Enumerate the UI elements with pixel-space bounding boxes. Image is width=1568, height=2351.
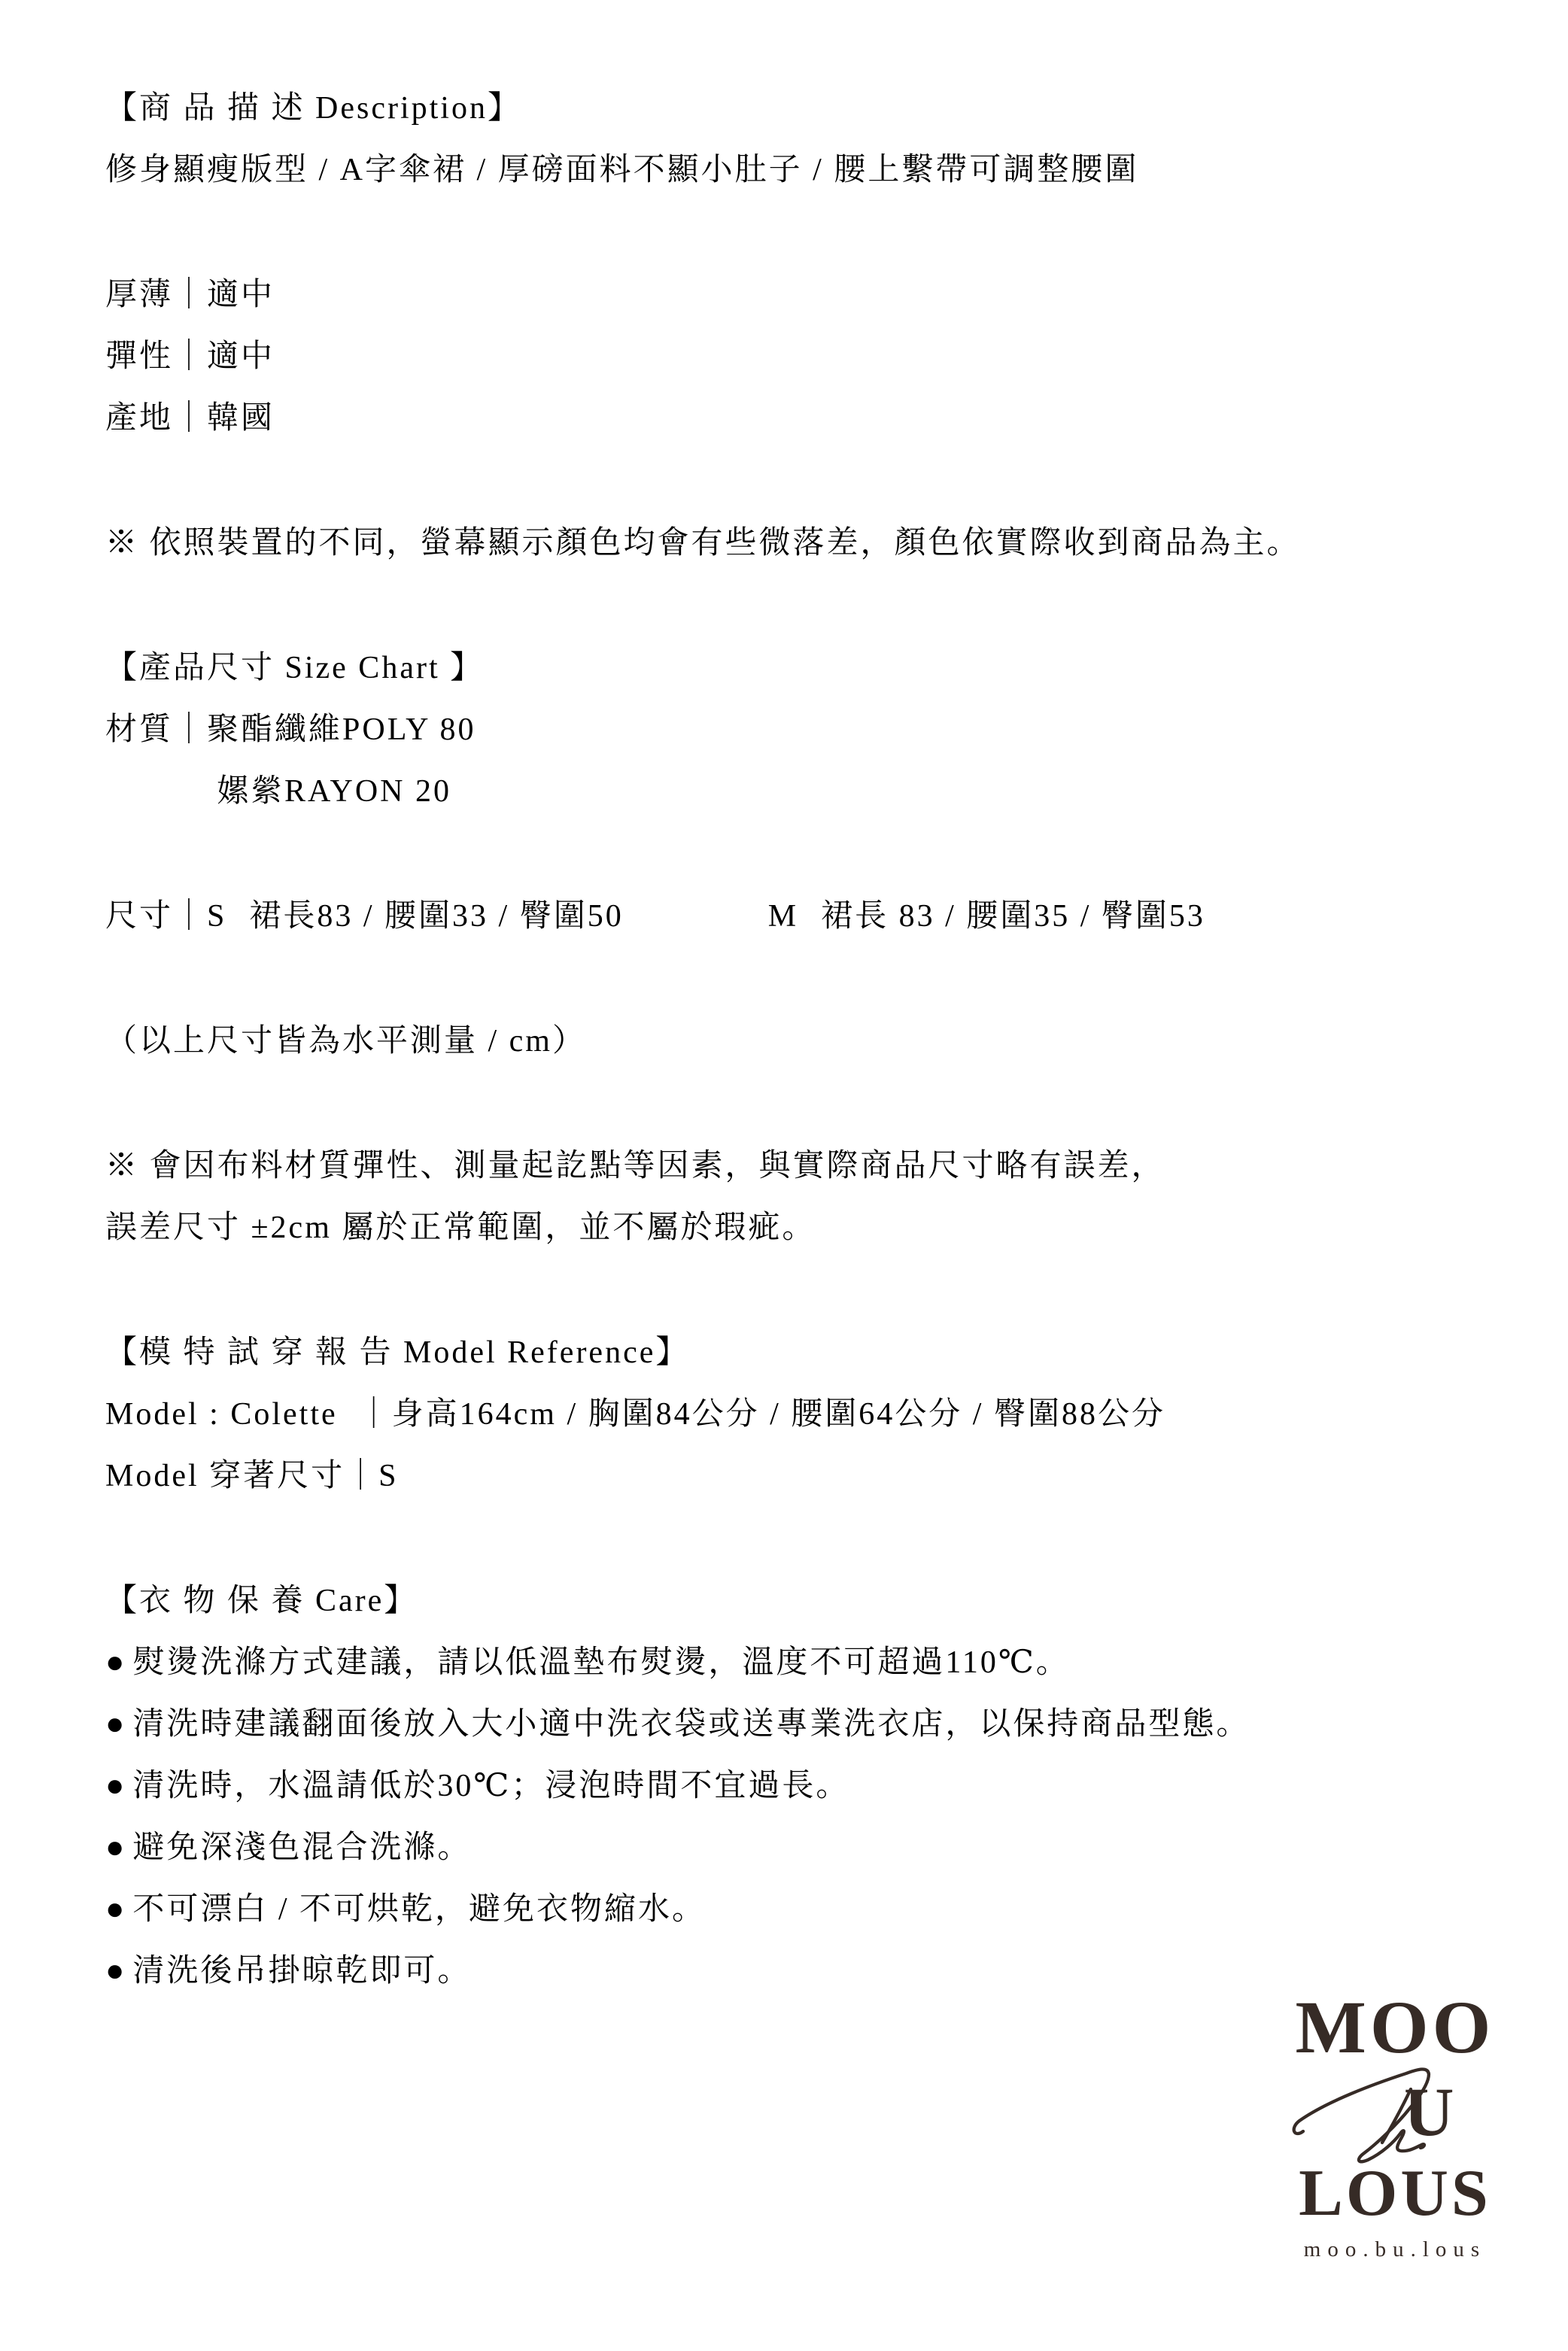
care-text: 不可漂白 / 不可烘乾，避免衣物縮水。 [132, 1892, 706, 1927]
size-item: S裙長83 / 腰圍33 / 臀圍50 [207, 899, 624, 934]
measurement-note-block: （以上尺寸皆為水平測量 / cm） [105, 1025, 1568, 1057]
tolerance-note-line: 誤差尺寸 ±2cm 屬於正常範圍，並不屬於瑕疵。 [105, 1212, 1568, 1244]
spec-label: 產地 [105, 401, 173, 436]
logo-u-text: U [1404, 2081, 1454, 2143]
logo-lous-text: LOUS [1293, 2161, 1497, 2227]
logo-subtext: moo.bu.lous [1293, 2239, 1497, 2261]
care-list: ●熨燙洗滌方式建議，請以低溫墊布熨燙，溫度不可超過110℃。 ●清洗時建議翻面後… [105, 1647, 1568, 1987]
care-text: 避免深淺色混合洗滌。 [132, 1830, 471, 1865]
care-item: ●清洗後吊掛晾乾即可。 [105, 1955, 1568, 1987]
size-detail: 裙長83 / 腰圍33 / 臀圍50 [249, 899, 623, 934]
spec-label: 彈性 [105, 339, 173, 374]
care-item: ●清洗時，水溫請低於30℃；浸泡時間不宜過長。 [105, 1770, 1568, 1802]
care-text: 清洗時，水溫請低於30℃；浸泡時間不宜過長。 [132, 1769, 849, 1803]
care-bullet-icon: ● [105, 1707, 126, 1742]
color-note-block: ※ 依照裝置的不同，螢幕顯示顏色均會有些微落差，顏色依實際收到商品為主。 [105, 527, 1568, 559]
care-item: ●不可漂白 / 不可烘乾，避免衣物縮水。 [105, 1894, 1568, 1925]
care-bullet-icon: ● [105, 1769, 126, 1803]
spec-value: 適中 [207, 278, 275, 312]
material-composition-2: 嫘縈RAYON 20 [217, 776, 1568, 807]
spec-separator: ｜ [173, 339, 207, 374]
size-name: M [768, 899, 798, 934]
material-composition-1: 聚酯纖維POLY 80 [207, 712, 476, 747]
care-bullet-icon: ● [105, 1892, 126, 1927]
tolerance-note-line: ※ 會因布料材質彈性、測量起訖點等因素，與實際商品尺寸略有誤差， [105, 1150, 1568, 1182]
color-difference-note: ※ 依照裝置的不同，螢幕顯示顏色均會有些微落差，顏色依實際收到商品為主。 [105, 527, 1568, 559]
section-description: 【商 品 描 述 Description】 修身顯瘦版型 / A字傘裙 / 厚磅… [105, 93, 1568, 186]
spec-separator: ｜ [173, 278, 207, 312]
section-model-reference: 【模 特 試 穿 報 告 Model Reference】 Model : Co… [105, 1337, 1568, 1492]
material-label: 材質 [105, 712, 173, 747]
section-size-chart: 【產品尺寸 Size Chart 】 材質｜聚酯纖維POLY 80 嫘縈RAYO… [105, 652, 1568, 807]
care-item: ●清洗時建議翻面後放入大小適中洗衣袋或送專業洗衣店，以保持商品型態。 [105, 1709, 1568, 1740]
care-heading: 【衣 物 保 養 Care】 [105, 1585, 1568, 1617]
tolerance-note-block: ※ 會因布料材質彈性、測量起訖點等因素，與實際商品尺寸略有誤差， 誤差尺寸 ±2… [105, 1150, 1568, 1244]
size-label: 尺寸 [105, 899, 173, 934]
care-item: ●避免深淺色混合洗滌。 [105, 1832, 1568, 1863]
spec-row: 彈性｜適中 [105, 341, 1568, 372]
size-row: 尺寸｜S裙長83 / 腰圍33 / 臀圍50M裙長 83 / 腰圍35 / 臀圍… [105, 901, 1568, 932]
logo-script-b-icon [1281, 2060, 1514, 2173]
size-chart-heading: 【產品尺寸 Size Chart 】 [105, 652, 1568, 684]
care-bullet-icon: ● [105, 1645, 126, 1680]
spec-label: 厚薄 [105, 278, 173, 312]
care-bullet-icon: ● [105, 1830, 126, 1865]
size-separator: ｜ [173, 899, 207, 934]
spec-row: 厚薄｜適中 [105, 279, 1568, 311]
size-name: S [207, 899, 226, 934]
product-specs: 厚薄｜適中 彈性｜適中 產地｜韓國 [105, 279, 1568, 434]
care-text: 清洗後吊掛晾乾即可。 [132, 1954, 471, 1988]
brand-logo: MOO U LOUS moo.bu.lous [1293, 2003, 1497, 2277]
care-bullet-icon: ● [105, 1954, 126, 1988]
model-stats: Model : Colette ｜身高164cm / 胸圍84公分 / 腰圍64… [105, 1399, 1568, 1430]
logo-moo-text: MOO [1293, 1990, 1497, 2065]
model-reference-heading: 【模 特 試 穿 報 告 Model Reference】 [105, 1337, 1568, 1368]
spec-value: 適中 [207, 339, 275, 374]
size-detail: 裙長 83 / 腰圍35 / 臀圍53 [821, 899, 1205, 934]
spec-row: 產地｜韓國 [105, 402, 1568, 434]
material-separator: ｜ [173, 712, 207, 747]
care-text: 熨燙洗滌方式建議，請以低溫墊布熨燙，溫度不可超過110℃。 [132, 1645, 1069, 1680]
spec-value: 韓國 [207, 401, 275, 436]
size-item: M裙長 83 / 腰圍35 / 臀圍53 [768, 899, 1205, 934]
model-wearing-size: Model 穿著尺寸｜S [105, 1460, 1568, 1492]
description-heading: 【商 品 描 述 Description】 [105, 93, 1568, 124]
product-description-page: { "page": { "background": "#ffffff", "te… [0, 0, 1568, 2351]
measurement-note: （以上尺寸皆為水平測量 / cm） [105, 1025, 1568, 1057]
section-care: 【衣 物 保 養 Care】 ●熨燙洗滌方式建議，請以低溫墊布熨燙，溫度不可超過… [105, 1585, 1568, 1987]
care-item: ●熨燙洗滌方式建議，請以低溫墊布熨燙，溫度不可超過110℃。 [105, 1647, 1568, 1678]
size-list: S裙長83 / 腰圍33 / 臀圍50M裙長 83 / 腰圍35 / 臀圍53 [207, 899, 1205, 934]
product-summary: 修身顯瘦版型 / A字傘裙 / 厚磅面料不顯小肚子 / 腰上繫帶可調整腰圍 [105, 154, 1568, 186]
spec-separator: ｜ [173, 401, 207, 436]
material-row: 材質｜聚酯纖維POLY 80 [105, 714, 1568, 746]
care-text: 清洗時建議翻面後放入大小適中洗衣袋或送專業洗衣店，以保持商品型態。 [132, 1707, 1250, 1742]
size-measurements-block: 尺寸｜S裙長83 / 腰圍33 / 臀圍50M裙長 83 / 腰圍35 / 臀圍… [105, 901, 1568, 932]
